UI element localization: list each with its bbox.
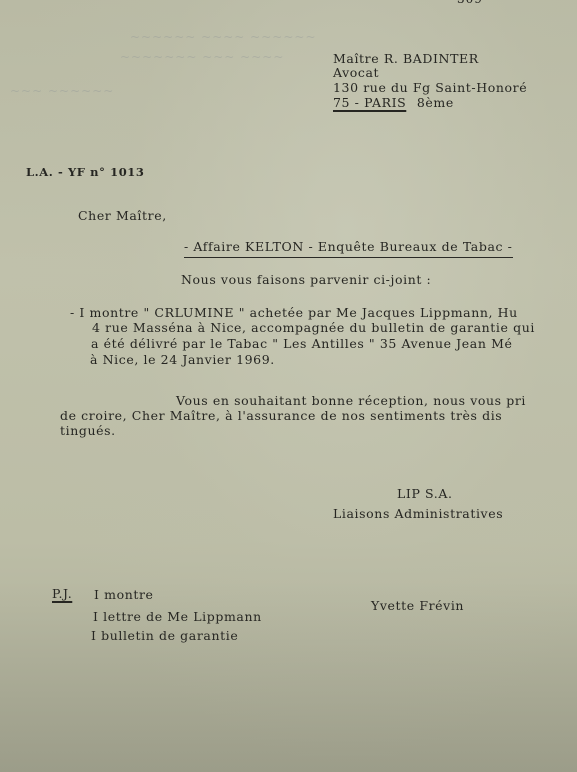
closing-line: tingués. xyxy=(60,425,116,438)
show-through-text: ~~~~~~~ ~~~ ~~~~ xyxy=(120,50,284,64)
paper-shading xyxy=(0,0,577,772)
closing-line: de croire, Cher Maître, à l'assurance de… xyxy=(60,410,502,423)
letter-page: ~~~~~~ ~~~~ ~~~~~~ ~~~~~~~ ~~~ ~~~~ ~~~ … xyxy=(0,0,577,772)
recipient-city-line: 75 - PARIS 8ème xyxy=(333,97,454,110)
subject-text: - Affaire KELTON - Enquête Bureaux de Ta… xyxy=(184,239,513,258)
enclosure-item: I bulletin de garantie xyxy=(91,630,238,643)
item-line: a été délivré par le Tabac " Les Antille… xyxy=(91,338,512,351)
page-number: 309 xyxy=(457,0,483,5)
show-through-text: ~~~~~~ ~~~~ ~~~~~~ xyxy=(130,30,317,44)
recipient-name: Maître R. BADINTER xyxy=(333,53,479,66)
recipient-city: 75 - PARIS xyxy=(333,95,406,110)
enclosure-item: I lettre de Me Lippmann xyxy=(93,611,262,624)
intro-text: Nous vous faisons parvenir ci-joint : xyxy=(181,274,431,287)
salutation: Cher Maître, xyxy=(78,210,167,223)
show-through-text: ~~~ ~~~~~~ xyxy=(10,84,114,98)
item-line: 4 rue Masséna à Nice, accompagnée du bul… xyxy=(92,322,535,335)
sender-department: Liaisons Administratives xyxy=(333,508,503,521)
recipient-arrondissement: 8ème xyxy=(417,95,454,110)
item-line: - I montre " CRLUMINE " achetée par Me J… xyxy=(70,307,518,320)
item-line: à Nice, le 24 Janvier 1969. xyxy=(90,354,275,367)
sender-company: LIP S.A. xyxy=(397,488,453,501)
recipient-title: Avocat xyxy=(333,67,379,80)
sender-signatory: Yvette Frévin xyxy=(371,600,464,613)
enclosures-label: P.J. xyxy=(52,588,72,601)
recipient-street: 130 rue du Fg Saint-Honoré xyxy=(333,82,527,95)
closing-line: Vous en souhaitant bonne réception, nous… xyxy=(176,395,526,408)
reference-number: L.A. - YF n° 1013 xyxy=(26,167,145,179)
subject-line: - Affaire KELTON - Enquête Bureaux de Ta… xyxy=(184,241,513,254)
enclosure-item: I montre xyxy=(94,589,154,602)
